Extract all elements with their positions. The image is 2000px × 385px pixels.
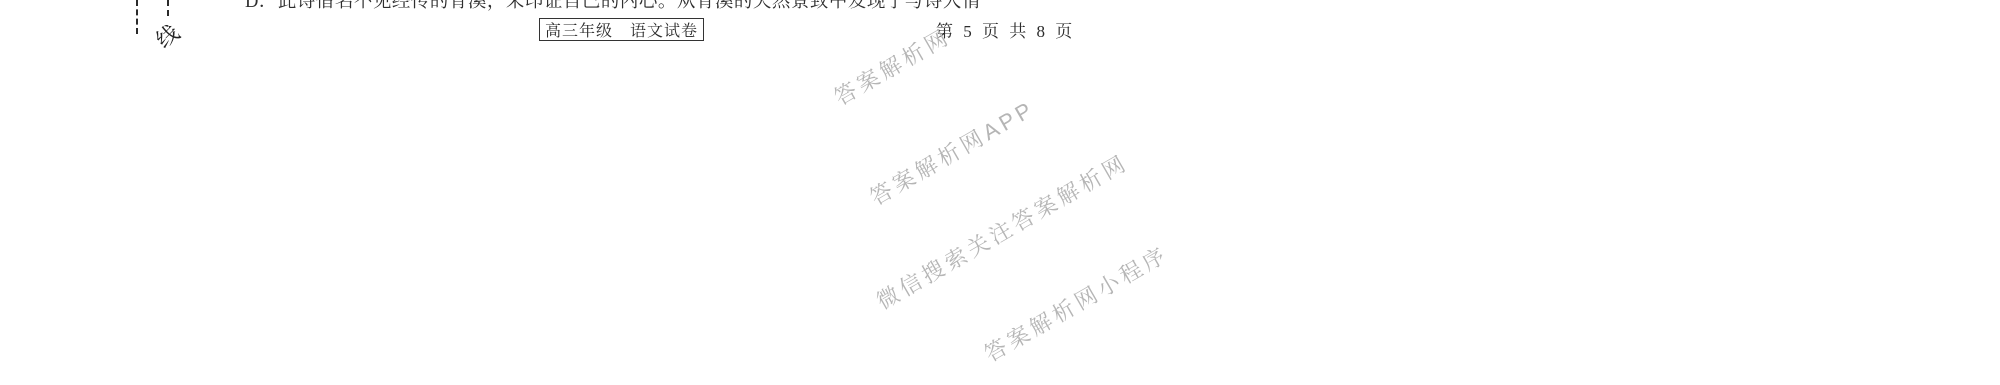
binding-dashed-line-inner bbox=[167, 0, 169, 16]
exam-title-box: 高三年级 语文试卷 bbox=[539, 18, 704, 41]
binding-line-label: 线 bbox=[149, 17, 185, 55]
question-option-d-text: D．此诗借名不见经传的青溪，来印证自己的内心。从青溪的天然景致中发现了与诗人情 bbox=[245, 0, 981, 12]
binding-dashed-line-outer bbox=[136, 0, 138, 34]
exam-paper-page: D．此诗借名不见经传的青溪，来印证自己的内心。从青溪的天然景致中发现了与诗人情 … bbox=[0, 0, 2000, 385]
watermark-app: 答案解析网APP bbox=[864, 92, 1041, 212]
watermark-site-name: 答案解析网 bbox=[828, 20, 956, 112]
page-number-indicator: 第 5 页 共 8 页 bbox=[936, 17, 1075, 42]
watermark-mini-program: 答案解析网小程序 bbox=[978, 238, 1174, 369]
